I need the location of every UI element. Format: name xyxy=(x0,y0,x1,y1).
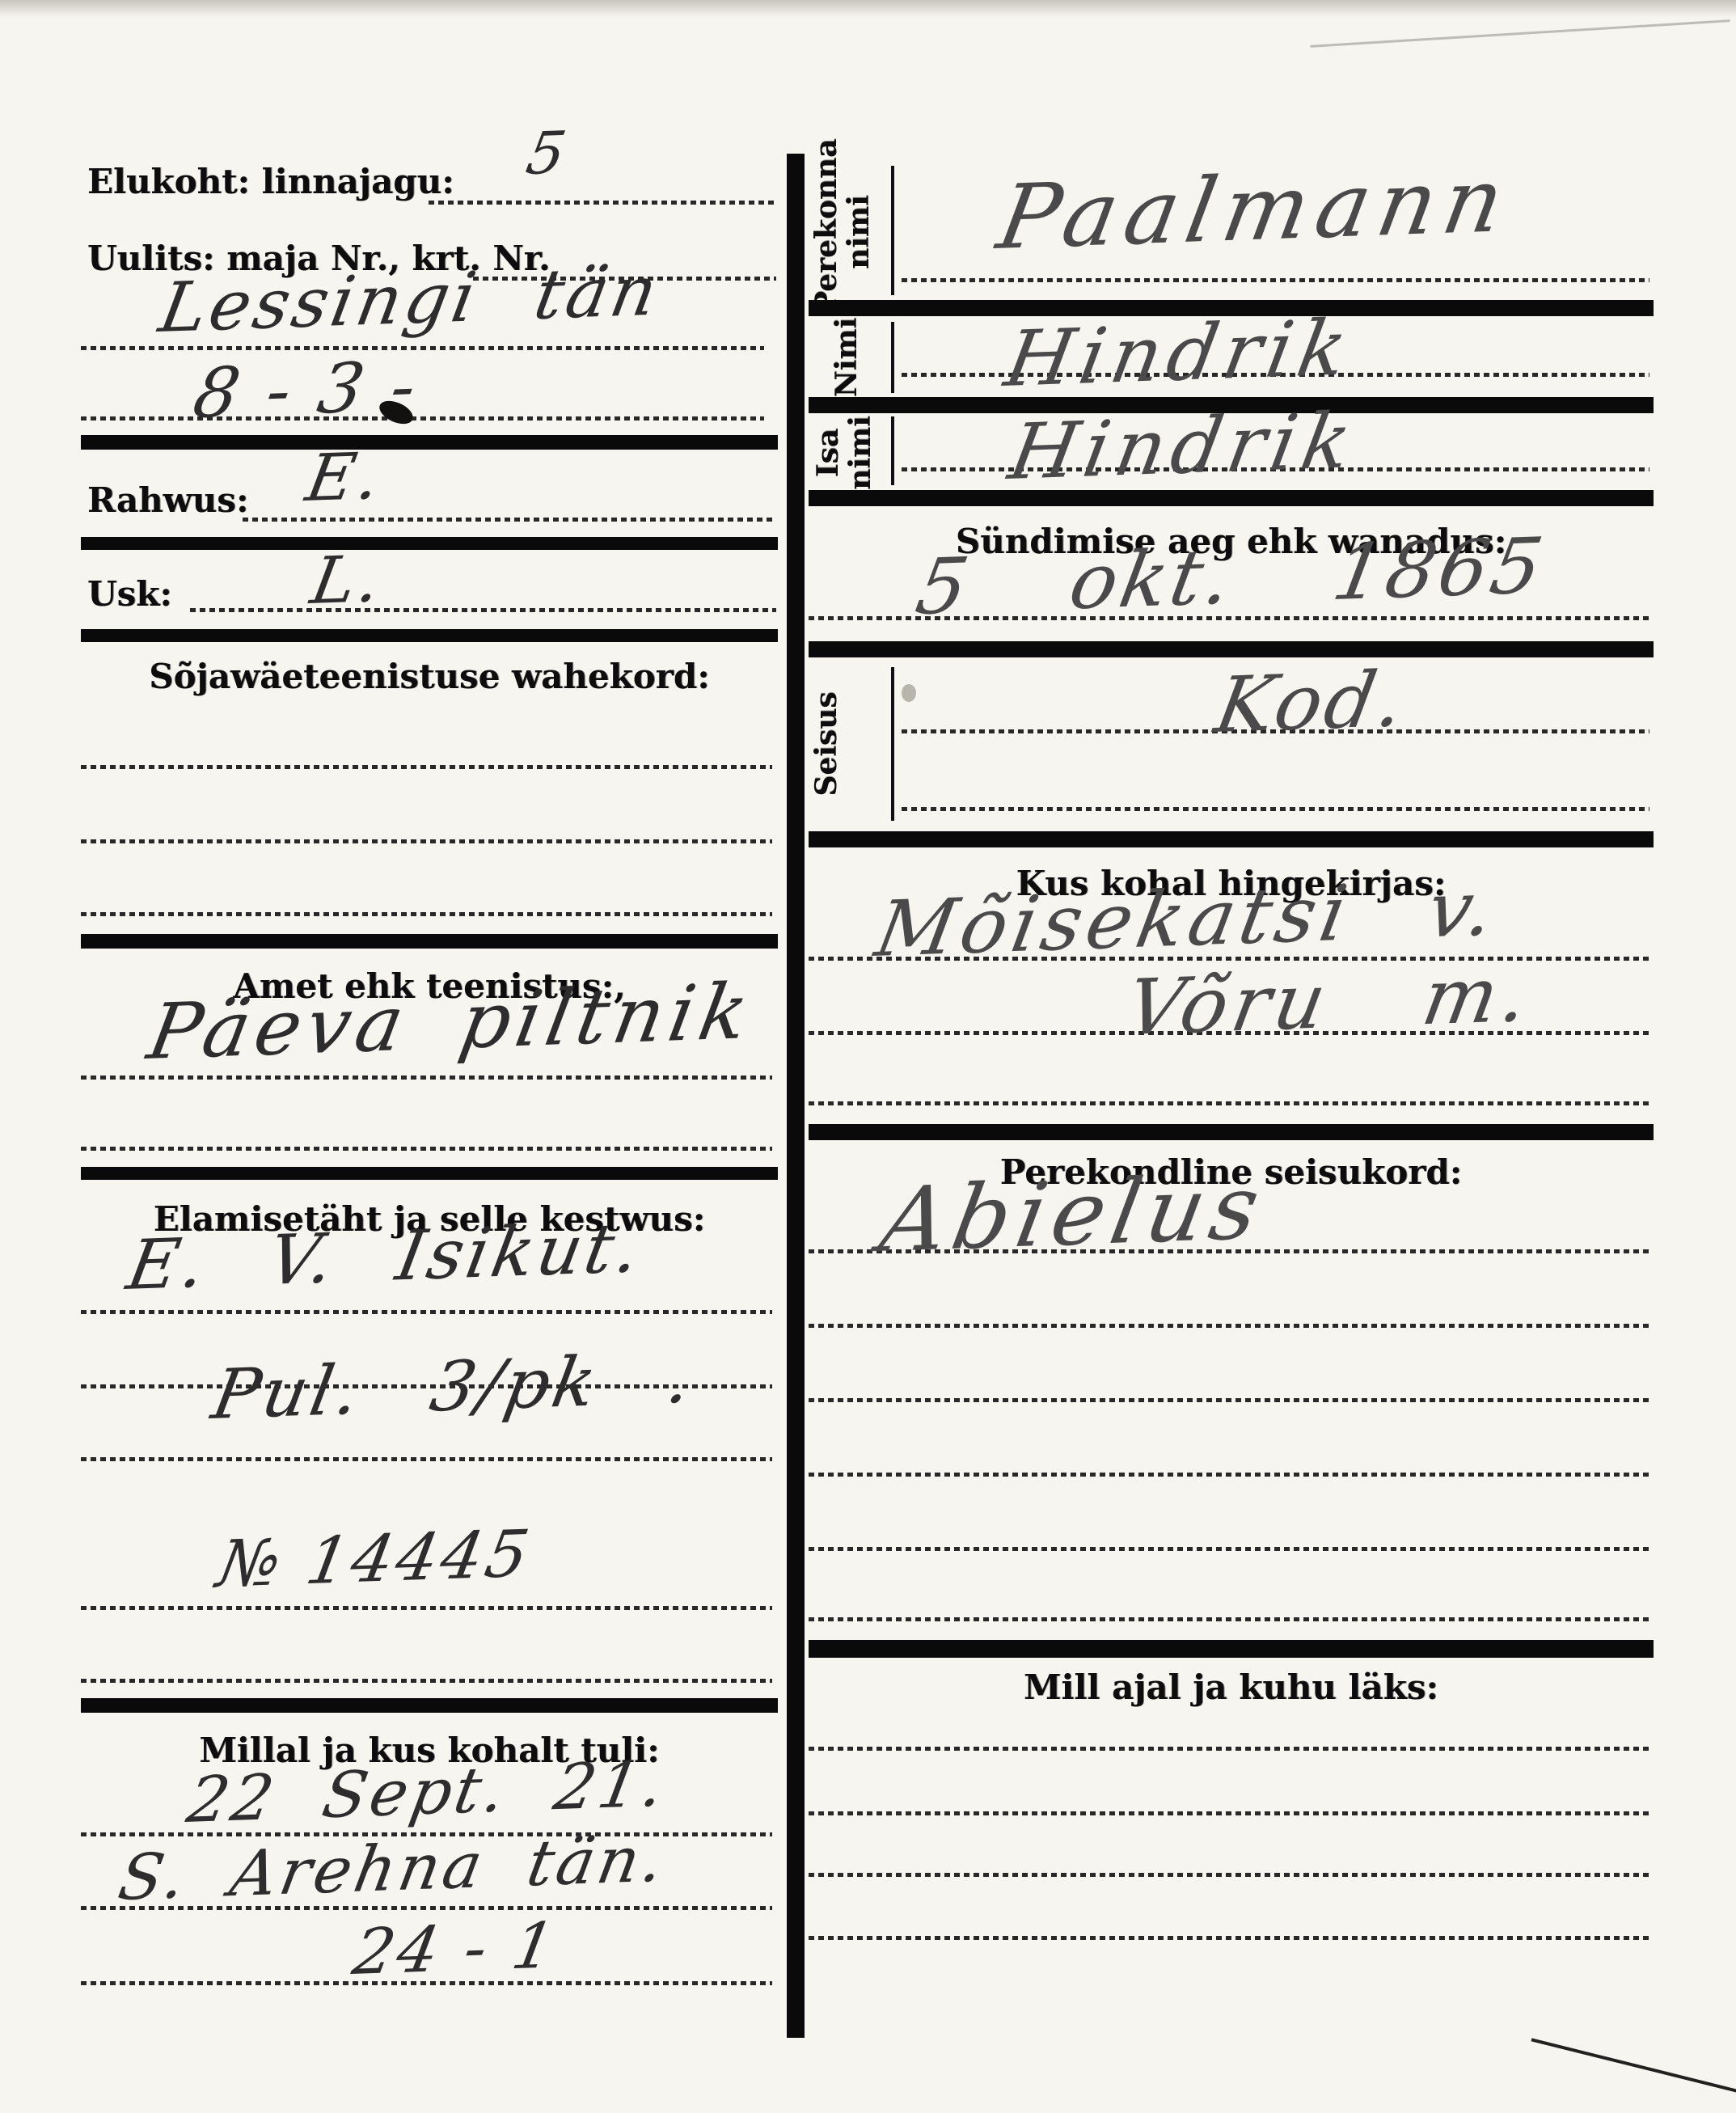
smudge xyxy=(902,684,916,702)
dotted-line xyxy=(809,1747,1649,1751)
dotted-line xyxy=(809,1811,1649,1815)
usk-value: L. xyxy=(306,541,390,619)
dotted-line xyxy=(809,1617,1649,1621)
laks-heading: Mill ajal ja kuhu läks: xyxy=(809,1667,1654,1707)
street-value-line1: Lessingi tän xyxy=(154,251,666,349)
dotted-line xyxy=(81,912,772,916)
section-divider xyxy=(81,537,778,550)
nimi-value: Hindrik xyxy=(999,303,1360,404)
dotted-line xyxy=(809,1873,1649,1877)
perekonna-nimi-label: Perekonna nimi xyxy=(810,151,891,313)
dotted-line xyxy=(902,278,1649,282)
seisus-value: Kod. xyxy=(1209,655,1414,750)
dotted-line xyxy=(81,1310,772,1314)
dotted-line xyxy=(81,416,764,420)
section-divider xyxy=(809,831,1654,847)
section-divider xyxy=(809,490,1654,506)
section-divider xyxy=(81,1698,778,1713)
perekondline-value: Abielus xyxy=(873,1156,1273,1272)
dotted-line xyxy=(81,1147,772,1151)
elamisetaht-line3: № 14445 xyxy=(212,1516,538,1602)
dotted-line xyxy=(81,839,772,843)
label-cell-rule xyxy=(891,667,894,821)
section-divider xyxy=(809,641,1654,657)
dotted-line xyxy=(81,1606,772,1610)
millal-tuli-line3: 24 - 1 xyxy=(348,1909,563,1989)
dotted-line xyxy=(902,807,1649,811)
dotted-line xyxy=(809,1101,1649,1105)
rahwus-label: Rahwus: xyxy=(87,480,248,520)
scan-scratch-top-right xyxy=(1310,19,1730,48)
dotted-line xyxy=(429,201,776,205)
dotted-line xyxy=(81,1457,772,1461)
nimi-label: Nimi xyxy=(830,309,871,406)
dotted-line xyxy=(81,765,772,769)
isa-nimi-value: Hindrik xyxy=(1003,396,1364,497)
scan-scratch-bottom-right xyxy=(1531,2038,1736,2094)
scan-top-edge-shadow xyxy=(0,0,1736,18)
sojawae-heading: Sõjawäeteenistuse wahekord: xyxy=(81,657,778,696)
registration-card-scan: Elukoht: linnajagu: 5 Uulits: maja Nr., … xyxy=(0,0,1736,2113)
elamisetaht-line2: Pul. 3/pk . xyxy=(206,1338,700,1435)
seisus-label: Seisus xyxy=(810,655,891,833)
column-divider xyxy=(787,154,805,2038)
millal-tuli-line2: S. Arehna tän. xyxy=(113,1824,672,1915)
dotted-line xyxy=(81,1679,772,1683)
dotted-line xyxy=(809,1547,1649,1551)
usk-label: Usk: xyxy=(87,574,172,614)
section-divider xyxy=(81,934,778,949)
section-divider xyxy=(81,629,778,642)
isa-nimi-label: Isa nimi xyxy=(812,408,889,497)
elukoht-value: 5 xyxy=(522,118,574,188)
label-cell-rule xyxy=(891,322,894,393)
dotted-line xyxy=(190,608,776,612)
section-divider xyxy=(809,1640,1654,1658)
elukoht-label: Elukoht: linnajagu: xyxy=(87,162,454,201)
section-divider xyxy=(81,435,778,450)
dotted-line xyxy=(81,1076,772,1080)
section-divider xyxy=(81,1167,778,1180)
perekonna-nimi-value: Paalmann xyxy=(990,148,1519,269)
hingekiri-line2: Võru m. xyxy=(1120,950,1540,1053)
dotted-line xyxy=(809,1936,1649,1940)
rahwus-value: E. xyxy=(301,438,389,516)
dotted-line xyxy=(243,518,776,522)
dotted-line xyxy=(809,1324,1649,1328)
label-cell-rule xyxy=(891,166,894,295)
dotted-line xyxy=(809,1398,1649,1402)
dotted-line xyxy=(809,1473,1649,1477)
label-cell-rule xyxy=(891,416,894,485)
street-value-line2: 8 - 3 - xyxy=(188,346,425,434)
section-divider xyxy=(809,1124,1654,1140)
